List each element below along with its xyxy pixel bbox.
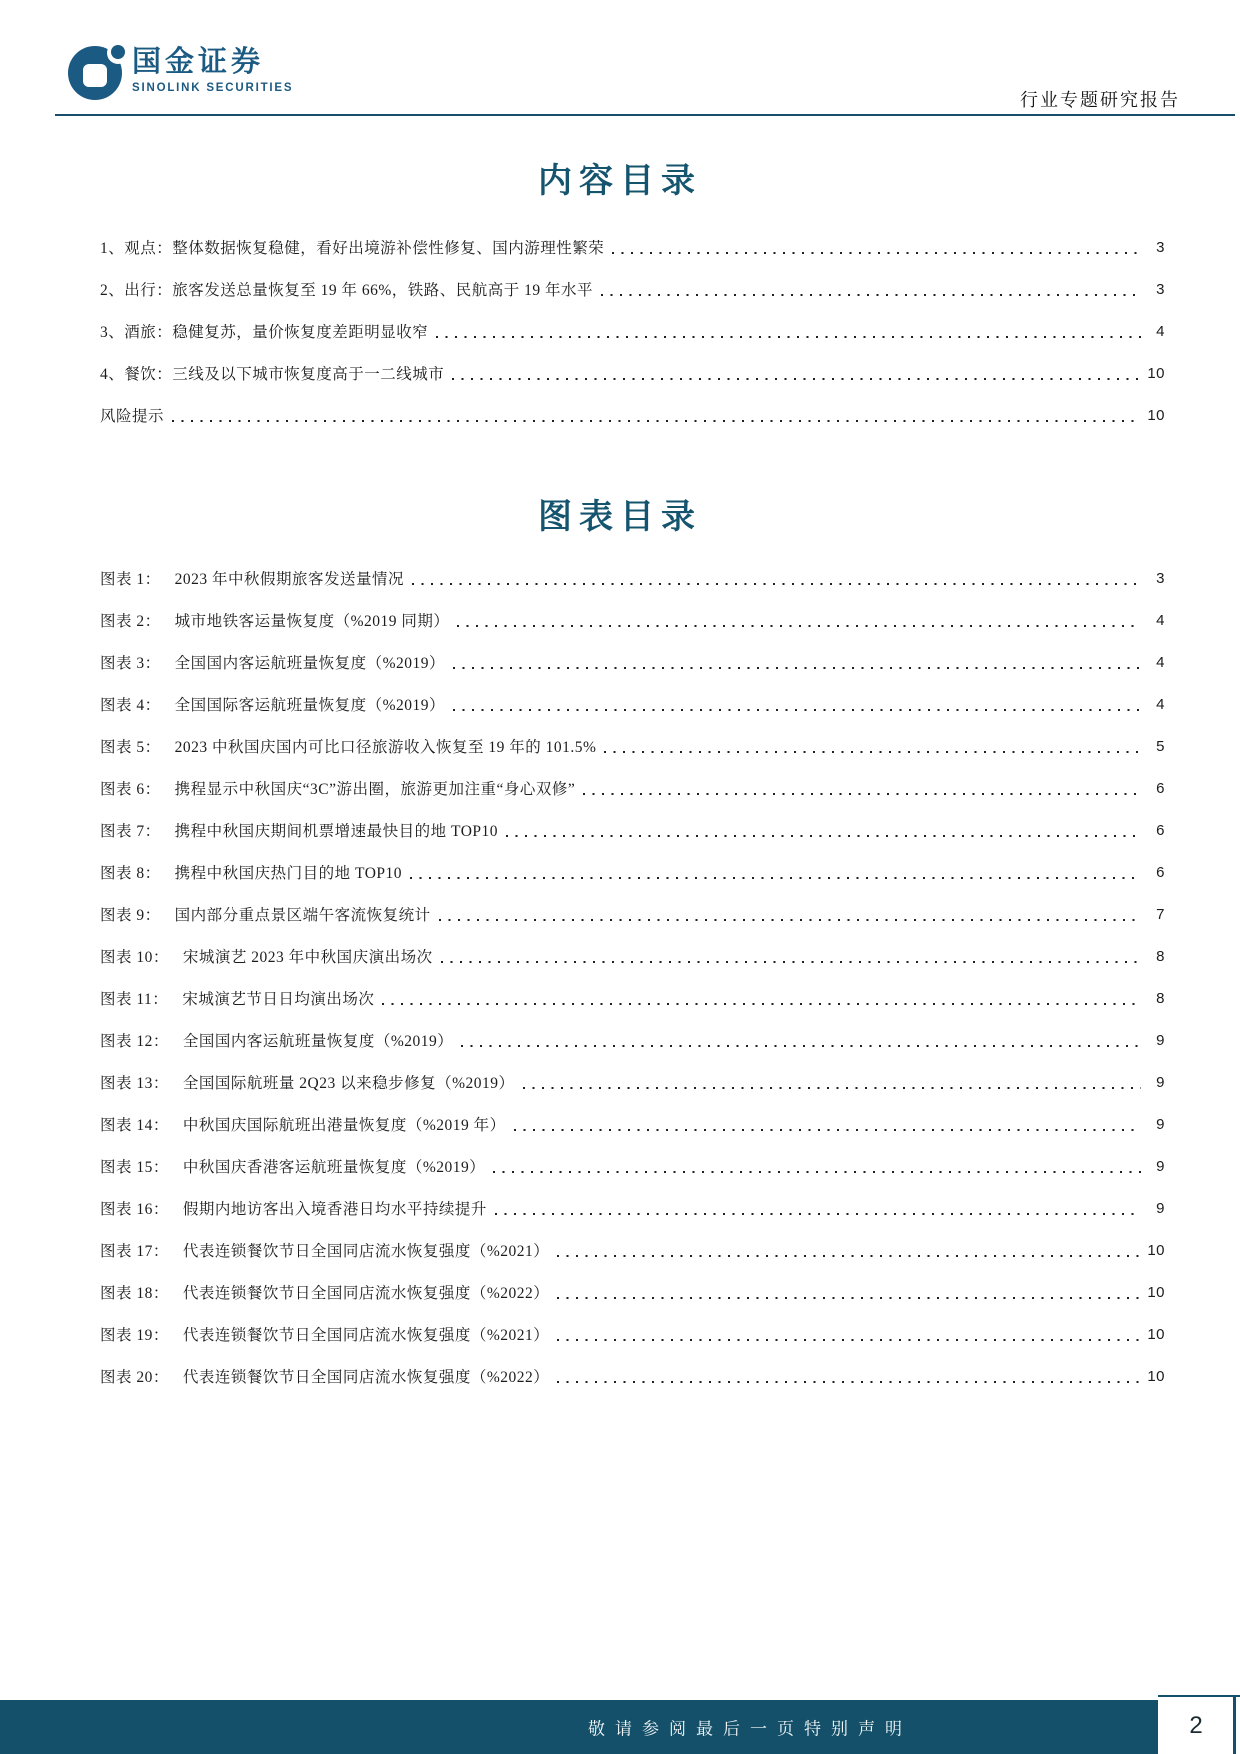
- logo-name-cn: 国金证券: [132, 47, 293, 79]
- toc-entry-label: 城市地铁客运量恢复度（%2019 同期）: [175, 609, 450, 631]
- content-toc-entry[interactable]: 4、餐饮：三线及以下城市恢复度高于一二线城市10: [100, 352, 1165, 394]
- dot-leader: [514, 1129, 1141, 1131]
- figure-toc-entry[interactable]: 图表 18：代表连锁餐饮节日全国同店流水恢复强度（%2022）10: [100, 1271, 1165, 1313]
- toc-entry-label: 2023 中秋国庆国内可比口径旅游收入恢复至 19 年的 101.5%: [175, 735, 597, 757]
- dot-leader: [441, 961, 1141, 963]
- content-toc-entry[interactable]: 1、观点：整体数据恢复稳健，看好出境游补偿性修复、国内游理性繁荣3: [100, 226, 1165, 268]
- toc-entry-page: 8: [1147, 990, 1165, 1007]
- toc-entry-page: 4: [1147, 696, 1165, 713]
- toc-entry-label: 携程中秋国庆期间机票增速最快目的地 TOP10: [175, 819, 498, 841]
- toc-entry-page: 3: [1147, 570, 1165, 587]
- dot-leader: [412, 583, 1141, 585]
- toc-entry-page: 10: [1147, 1284, 1165, 1301]
- figure-toc-entry[interactable]: 图表 10：宋城演艺 2023 年中秋国庆演出场次8: [100, 935, 1165, 977]
- dot-leader: [601, 294, 1141, 296]
- toc-entry-page: 9: [1147, 1074, 1165, 1091]
- toc-entry-label: 1、观点：整体数据恢复稳健，看好出境游补偿性修复、国内游理性繁荣: [100, 236, 604, 258]
- dot-leader: [452, 378, 1141, 380]
- toc-entry-label: 携程中秋国庆热门目的地 TOP10: [175, 861, 402, 883]
- figure-entry-number: 图表 1：: [100, 567, 161, 589]
- toc-entry-page: 3: [1147, 239, 1165, 256]
- toc-entry-label: 4、餐饮：三线及以下城市恢复度高于一二线城市: [100, 362, 444, 384]
- figure-toc-entry[interactable]: 图表 2：城市地铁客运量恢复度（%2019 同期）4: [100, 599, 1165, 641]
- dot-leader: [453, 709, 1141, 711]
- toc-entry-label: 宋城演艺节日日均演出场次: [182, 987, 374, 1009]
- figure-entry-number: 图表 14：: [100, 1113, 169, 1135]
- figure-entry-number: 图表 12：: [100, 1029, 169, 1051]
- dot-leader: [382, 1003, 1141, 1005]
- toc-entry-page: 4: [1147, 612, 1165, 629]
- figures-title: 图表目录: [0, 489, 1240, 538]
- footer-bar: 敬请参阅最后一页特别声明: [0, 1700, 1158, 1754]
- toc-entry-label: 假期内地访客出入境香港日均水平持续提升: [183, 1197, 487, 1219]
- content-toc-entry[interactable]: 风险提示10: [100, 394, 1165, 436]
- dot-leader: [461, 1045, 1141, 1047]
- figure-toc-entry[interactable]: 图表 17：代表连锁餐饮节日全国同店流水恢复强度（%2021）10: [100, 1229, 1165, 1271]
- figure-entry-number: 图表 13：: [100, 1071, 169, 1093]
- figure-toc-entry[interactable]: 图表 13：全国国际航班量 2Q23 以来稳步修复（%2019）9: [100, 1061, 1165, 1103]
- dot-leader: [506, 835, 1141, 837]
- figure-entry-number: 图表 6：: [100, 777, 161, 799]
- contents-list: 1、观点：整体数据恢复稳健，看好出境游补偿性修复、国内游理性繁荣32、出行：旅客…: [100, 226, 1165, 436]
- logo-name-en: SINOLINK SECURITIES: [132, 82, 293, 94]
- figure-toc-entry[interactable]: 图表 9：国内部分重点景区端午客流恢复统计7: [100, 893, 1165, 935]
- toc-entry-label: 3、酒旅：稳健复苏，量价恢复度差距明显收窄: [100, 320, 428, 342]
- toc-entry-label: 代表连锁餐饮节日全国同店流水恢复强度（%2021）: [183, 1239, 549, 1261]
- figure-toc-entry[interactable]: 图表 19：代表连锁餐饮节日全国同店流水恢复强度（%2021）10: [100, 1313, 1165, 1355]
- figure-entry-number: 图表 4：: [100, 693, 161, 715]
- figure-entry-number: 图表 9：: [100, 903, 161, 925]
- toc-entry-page: 10: [1147, 407, 1165, 424]
- figure-entry-number: 图表 8：: [100, 861, 161, 883]
- toc-entry-label: 全国国际航班量 2Q23 以来稳步修复（%2019）: [183, 1071, 515, 1093]
- footer-page-number: 2: [1189, 1712, 1202, 1740]
- dot-leader: [493, 1171, 1141, 1173]
- toc-entry-label: 国内部分重点景区端午客流恢复统计: [175, 903, 431, 925]
- contents-title: 内容目录: [0, 153, 1240, 202]
- toc-entry-page: 3: [1147, 281, 1165, 298]
- figure-toc-entry[interactable]: 图表 20：代表连锁餐饮节日全国同店流水恢复强度（%2022）10: [100, 1355, 1165, 1397]
- toc-entry-label: 2、出行：旅客发送总量恢复至 19 年 66%，铁路、民航高于 19 年水平: [100, 278, 593, 300]
- toc-entry-page: 10: [1147, 1368, 1165, 1385]
- figure-toc-entry[interactable]: 图表 4：全国国际客运航班量恢复度（%2019）4: [100, 683, 1165, 725]
- header-divider: [55, 114, 1235, 116]
- dot-leader: [457, 625, 1141, 627]
- toc-entry-page: 9: [1147, 1032, 1165, 1049]
- figure-entry-number: 图表 7：: [100, 819, 161, 841]
- toc-entry-label: 携程显示中秋国庆“3C”游出圈，旅游更加注重“身心双修”: [175, 777, 576, 799]
- toc-entry-label: 中秋国庆国际航班出港量恢复度（%2019 年）: [183, 1113, 506, 1135]
- toc-entry-page: 6: [1147, 822, 1165, 839]
- toc-entry-page: 8: [1147, 948, 1165, 965]
- dot-leader: [523, 1087, 1142, 1089]
- dot-leader: [604, 751, 1141, 753]
- toc-entry-page: 5: [1147, 738, 1165, 755]
- figure-entry-number: 图表 15：: [100, 1155, 169, 1177]
- footer-page-box: 2: [1158, 1695, 1240, 1754]
- dot-leader: [439, 919, 1141, 921]
- dot-leader: [172, 420, 1141, 422]
- dot-leader: [557, 1381, 1141, 1383]
- toc-entry-label: 中秋国庆香港客运航班量恢复度（%2019）: [183, 1155, 485, 1177]
- figure-entry-number: 图表 16：: [100, 1197, 169, 1219]
- figure-entry-number: 图表 19：: [100, 1323, 169, 1345]
- toc-entry-label: 2023 年中秋假期旅客发送量情况: [175, 567, 404, 589]
- figures-list: 图表 1：2023 年中秋假期旅客发送量情况3图表 2：城市地铁客运量恢复度（%…: [100, 557, 1165, 1397]
- toc-entry-page: 9: [1147, 1116, 1165, 1133]
- dot-leader: [612, 252, 1141, 254]
- dot-leader: [436, 336, 1141, 338]
- logo-text: 国金证券 SINOLINK SECURITIES: [132, 47, 293, 94]
- toc-entry-label: 风险提示: [100, 404, 164, 426]
- toc-entry-page: 6: [1147, 780, 1165, 797]
- report-page: 国金证券 SINOLINK SECURITIES 行业专题研究报告 内容目录 1…: [0, 0, 1240, 1754]
- toc-entry-label: 全国国际客运航班量恢复度（%2019）: [175, 693, 445, 715]
- figure-entry-number: 图表 5：: [100, 735, 161, 757]
- sinolink-logo-icon: [68, 46, 124, 102]
- figure-entry-number: 图表 11：: [100, 987, 168, 1009]
- figure-toc-entry[interactable]: 图表 5：2023 中秋国庆国内可比口径旅游收入恢复至 19 年的 101.5%…: [100, 725, 1165, 767]
- report-type-label: 行业专题研究报告: [1020, 86, 1180, 112]
- content-toc-entry[interactable]: 3、酒旅：稳健复苏，量价恢复度差距明显收窄4: [100, 310, 1165, 352]
- figure-toc-entry[interactable]: 图表 7：携程中秋国庆期间机票增速最快目的地 TOP106: [100, 809, 1165, 851]
- dot-leader: [557, 1339, 1141, 1341]
- toc-entry-page: 4: [1147, 323, 1165, 340]
- toc-entry-page: 7: [1147, 906, 1165, 923]
- toc-entry-page: 9: [1147, 1158, 1165, 1175]
- footer-edge-line: [1233, 1697, 1236, 1754]
- logo-square-shape: [83, 64, 107, 87]
- toc-entry-page: 10: [1147, 1326, 1165, 1343]
- toc-entry-label: 代表连锁餐饮节日全国同店流水恢复强度（%2022）: [183, 1281, 549, 1303]
- toc-entry-page: 6: [1147, 864, 1165, 881]
- dot-leader: [495, 1213, 1141, 1215]
- content-toc-entry[interactable]: 2、出行：旅客发送总量恢复至 19 年 66%，铁路、民航高于 19 年水平3: [100, 268, 1165, 310]
- figure-entry-number: 图表 2：: [100, 609, 161, 631]
- toc-entry-label: 宋城演艺 2023 年中秋国庆演出场次: [183, 945, 433, 967]
- toc-entry-label: 全国国内客运航班量恢复度（%2019）: [175, 651, 445, 673]
- dot-leader: [453, 667, 1141, 669]
- figure-toc-entry[interactable]: 图表 6：携程显示中秋国庆“3C”游出圈，旅游更加注重“身心双修”6: [100, 767, 1165, 809]
- toc-entry-page: 9: [1147, 1200, 1165, 1217]
- figure-entry-number: 图表 3：: [100, 651, 161, 673]
- figure-toc-entry[interactable]: 图表 12：全国国内客运航班量恢复度（%2019）9: [100, 1019, 1165, 1061]
- figure-toc-entry[interactable]: 图表 14：中秋国庆国际航班出港量恢复度（%2019 年）9: [100, 1103, 1165, 1145]
- toc-entry-page: 10: [1147, 365, 1165, 382]
- figure-toc-entry[interactable]: 图表 1：2023 年中秋假期旅客发送量情况3: [100, 557, 1165, 599]
- figure-toc-entry[interactable]: 图表 3：全国国内客运航班量恢复度（%2019）4: [100, 641, 1165, 683]
- figure-toc-entry[interactable]: 图表 16：假期内地访客出入境香港日均水平持续提升9: [100, 1187, 1165, 1229]
- dot-leader: [583, 793, 1141, 795]
- toc-entry-label: 代表连锁餐饮节日全国同店流水恢复强度（%2022）: [183, 1365, 549, 1387]
- dot-leader: [557, 1297, 1141, 1299]
- dot-leader: [410, 877, 1141, 879]
- toc-entry-page: 10: [1147, 1242, 1165, 1259]
- footer-disclaimer: 敬请参阅最后一页特别声明: [588, 1715, 912, 1740]
- toc-entry-label: 代表连锁餐饮节日全国同店流水恢复强度（%2021）: [183, 1323, 549, 1345]
- figure-entry-number: 图表 17：: [100, 1239, 169, 1261]
- figure-toc-entry[interactable]: 图表 8：携程中秋国庆热门目的地 TOP106: [100, 851, 1165, 893]
- toc-entry-page: 4: [1147, 654, 1165, 671]
- figure-toc-entry[interactable]: 图表 11：宋城演艺节日日均演出场次8: [100, 977, 1165, 1019]
- logo-dot-shape: [111, 45, 125, 59]
- dot-leader: [557, 1255, 1141, 1257]
- figure-toc-entry[interactable]: 图表 15：中秋国庆香港客运航班量恢复度（%2019）9: [100, 1145, 1165, 1187]
- figure-entry-number: 图表 20：: [100, 1365, 169, 1387]
- figure-entry-number: 图表 10：: [100, 945, 169, 967]
- toc-entry-label: 全国国内客运航班量恢复度（%2019）: [183, 1029, 453, 1051]
- figure-entry-number: 图表 18：: [100, 1281, 169, 1303]
